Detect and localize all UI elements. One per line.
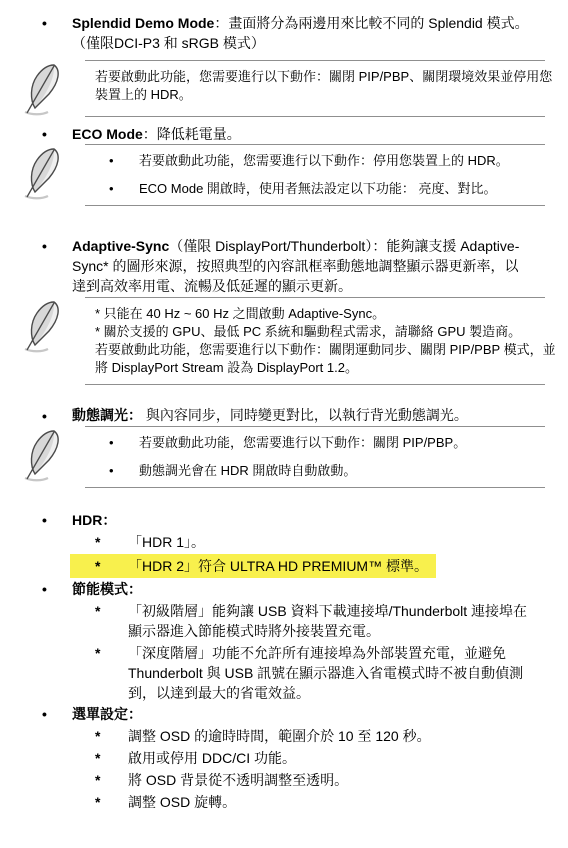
bullet-marker: • — [109, 180, 139, 198]
hdr-title: HDR： — [72, 510, 568, 530]
note-box: 若要啟動此功能，您需要進行以下動作：關閉 PIP/PBP、關閉環境效果並停用您 … — [85, 60, 545, 117]
manual-page: • Splendid Demo Mode：畫面將分為兩邊用來比較不同的 Sple… — [0, 0, 568, 848]
note3-line-2: * 關於支援的 GPU、最低 PC 系統和驅動程式需求，請聯絡 GPU 製造商。 — [95, 323, 543, 341]
bullet-item-dynamic-dimming: • 動態調光： 與內容同步，同時變更對比，以執行背光動態調光。 — [0, 406, 568, 426]
power-sub2-line-2: Thunderbolt 與 USB 訊號在顯示器進入省電模式時不被自動偵測 — [128, 663, 523, 683]
asterisk-marker: * — [95, 601, 128, 641]
note3-line-3: 若要啟動此功能，您需要進行以下動作：關閉運動同步、關閉 PIP/PBP 模式，並 — [95, 341, 543, 359]
bullet-item-power-saving: • 節能模式： * 「初級階層」能夠讓 USB 資料下載連接埠/Thunderb… — [0, 579, 568, 703]
note-block-splendid: 若要啟動此功能，您需要進行以下動作：關閉 PIP/PBP、關閉環境效果並停用您 … — [0, 60, 545, 117]
bullet-marker: • — [42, 236, 72, 296]
menu-sub3-text: 將 OSD 背景從不透明調整至透明。 — [128, 770, 348, 790]
dimming-title: 動態調光： — [72, 407, 142, 423]
menu-sub4-text: 調整 OSD 旋轉。 — [128, 792, 236, 812]
note1-line-2: 裝置上的 HDR。 — [95, 86, 543, 104]
note4-item-1: •若要啟動此功能，您需要進行以下動作：關閉 PIP/PBP。 — [95, 434, 543, 452]
note-block-adaptive: * 只能在 40 Hz ~ 60 Hz 之間啟動 Adaptive-Sync。 … — [0, 297, 545, 385]
bullet-marker: • — [42, 704, 72, 812]
bullet-item-hdr: • HDR： * 「HDR 1」。 * 「HDR 2」符合 ULTRA HD P… — [0, 510, 568, 578]
adaptive-line-1: Adaptive-Sync（僅限 DisplayPort/Thunderbolt… — [72, 236, 568, 256]
adaptive-title: Adaptive-Sync — [72, 238, 169, 254]
hdr1-text: 「HDR 1」。 — [128, 532, 205, 552]
menu-sub-item-4: * 調整 OSD 旋轉。 — [95, 792, 568, 812]
menu-sub1-text: 調整 OSD 的逾時時間，範圍介於 10 至 120 秒。 — [128, 726, 431, 746]
bullet-item-menu-settings: • 選單設定： * 調整 OSD 的逾時時間，範圍介於 10 至 120 秒。 … — [0, 704, 568, 812]
bullet-item-splendid-demo-mode: • Splendid Demo Mode：畫面將分為兩邊用來比較不同的 Sple… — [0, 13, 568, 53]
bullet-item-adaptive-sync: • Adaptive-Sync（僅限 DisplayPort/Thunderbo… — [0, 236, 568, 296]
eco-title: ECO Mode — [72, 126, 143, 142]
asterisk-marker: * — [95, 726, 128, 746]
document-body: • Splendid Demo Mode：畫面將分為兩邊用來比較不同的 Sple… — [0, 0, 568, 812]
power-sub1-line-1: 「初級階層」能夠讓 USB 資料下載連接埠/Thunderbolt 連接埠在 — [128, 601, 527, 621]
quill-pen-note-icon — [21, 300, 65, 354]
splendid-line-1: Splendid Demo Mode：畫面將分為兩邊用來比較不同的 Splend… — [72, 13, 568, 33]
adaptive-text: （僅限 DisplayPort/Thunderbolt）：能夠讓支援 Adapt… — [169, 238, 519, 254]
asterisk-marker: * — [95, 748, 128, 768]
power-saving-sub-item-1: * 「初級階層」能夠讓 USB 資料下載連接埠/Thunderbolt 連接埠在… — [95, 601, 568, 641]
note2-item-1: •若要啟動此功能，您需要進行以下動作：停用您裝置上的 HDR。 — [95, 152, 543, 170]
adaptive-line-3: 達到高效率用電、流暢及低延遲的顯示更新。 — [72, 276, 568, 296]
hdr-sub-item-1: * 「HDR 1」。 — [95, 532, 568, 552]
bullet-marker: • — [42, 13, 72, 53]
note-box: •若要啟動此功能，您需要進行以下動作：關閉 PIP/PBP。 •動態調光會在 H… — [85, 426, 545, 488]
power-sub1-line-2: 顯示器進入節能模式時將外接裝置充電。 — [128, 621, 527, 641]
bullet-marker: • — [42, 124, 72, 144]
bullet-marker: • — [109, 434, 139, 452]
note3-line-4: 將 DisplayPort Stream 設為 DisplayPort 1.2。 — [95, 359, 543, 377]
eco-text: ：降低耗電量。 — [143, 126, 241, 142]
note4-item-2: •動態調光會在 HDR 開啟時自動啟動。 — [95, 462, 543, 480]
menu-settings-title: 選單設定： — [72, 704, 568, 724]
asterisk-marker: * — [95, 770, 128, 790]
adaptive-line-2: Sync* 的圖形來源，按照典型的內容訊框率動態地調整顯示器更新率，以 — [72, 256, 568, 276]
note-box: •若要啟動此功能，您需要進行以下動作：停用您裝置上的 HDR。 •ECO Mod… — [85, 144, 545, 206]
menu-sub-item-2: * 啟用或停用 DDC/CI 功能。 — [95, 748, 568, 768]
dimming-text: 與內容同步，同時變更對比，以執行背光動態調光。 — [142, 407, 468, 423]
quill-pen-note-icon — [21, 429, 65, 483]
dimming-line: 動態調光： 與內容同步，同時變更對比，以執行背光動態調光。 — [72, 406, 568, 424]
bullet-item-eco-mode: • ECO Mode：降低耗電量。 — [0, 124, 568, 144]
bullet-marker: • — [109, 462, 139, 480]
menu-sub2-text: 啟用或停用 DDC/CI 功能。 — [128, 748, 296, 768]
splendid-line-2: （僅限DCI-P3 和 sRGB 模式） — [72, 33, 568, 53]
asterisk-marker: * — [95, 532, 128, 552]
menu-sub-item-1: * 調整 OSD 的逾時時間，範圍介於 10 至 120 秒。 — [95, 726, 568, 746]
asterisk-marker: * — [95, 643, 128, 703]
quill-pen-note-icon — [21, 147, 65, 201]
power-sub2-line-3: 到，以達到最大的省電效益。 — [128, 683, 523, 703]
note1-line-1: 若要啟動此功能，您需要進行以下動作：關閉 PIP/PBP、關閉環境效果並停用您 — [95, 68, 543, 86]
asterisk-marker: * — [95, 792, 128, 812]
bullet-marker: • — [42, 406, 72, 426]
hdr-sub-item-2-highlighted: * 「HDR 2」符合 ULTRA HD PREMIUM™ 標準。 — [70, 554, 436, 578]
note-block-dimming: •若要啟動此功能，您需要進行以下動作：關閉 PIP/PBP。 •動態調光會在 H… — [0, 426, 545, 488]
eco-line: ECO Mode：降低耗電量。 — [72, 124, 568, 144]
note-block-eco: •若要啟動此功能，您需要進行以下動作：停用您裝置上的 HDR。 •ECO Mod… — [0, 144, 545, 206]
power-sub2-line-1: 「深度階層」功能不允許所有連接埠為外部裝置充電，並避免 — [128, 643, 523, 663]
note3-line-1: * 只能在 40 Hz ~ 60 Hz 之間啟動 Adaptive-Sync。 — [95, 305, 543, 323]
asterisk-marker: * — [95, 556, 128, 576]
note2-item-2: •ECO Mode 開啟時，使用者無法設定以下功能： 亮度、對比。 — [95, 180, 543, 198]
note-box: * 只能在 40 Hz ~ 60 Hz 之間啟動 Adaptive-Sync。 … — [85, 297, 545, 385]
bullet-marker: • — [42, 579, 72, 703]
splendid-title: Splendid Demo Mode — [72, 15, 214, 31]
bullet-marker: • — [109, 152, 139, 170]
power-saving-sub-item-2: * 「深度階層」功能不允許所有連接埠為外部裝置充電，並避免 Thunderbol… — [95, 643, 568, 703]
splendid-text: ：畫面將分為兩邊用來比較不同的 Splendid 模式。 — [214, 15, 528, 31]
quill-pen-note-icon — [21, 63, 65, 117]
hdr2-text: 「HDR 2」符合 ULTRA HD PREMIUM™ 標準。 — [128, 556, 428, 576]
bullet-marker: • — [42, 510, 72, 578]
menu-sub-item-3: * 將 OSD 背景從不透明調整至透明。 — [95, 770, 568, 790]
power-saving-title: 節能模式： — [72, 579, 568, 599]
